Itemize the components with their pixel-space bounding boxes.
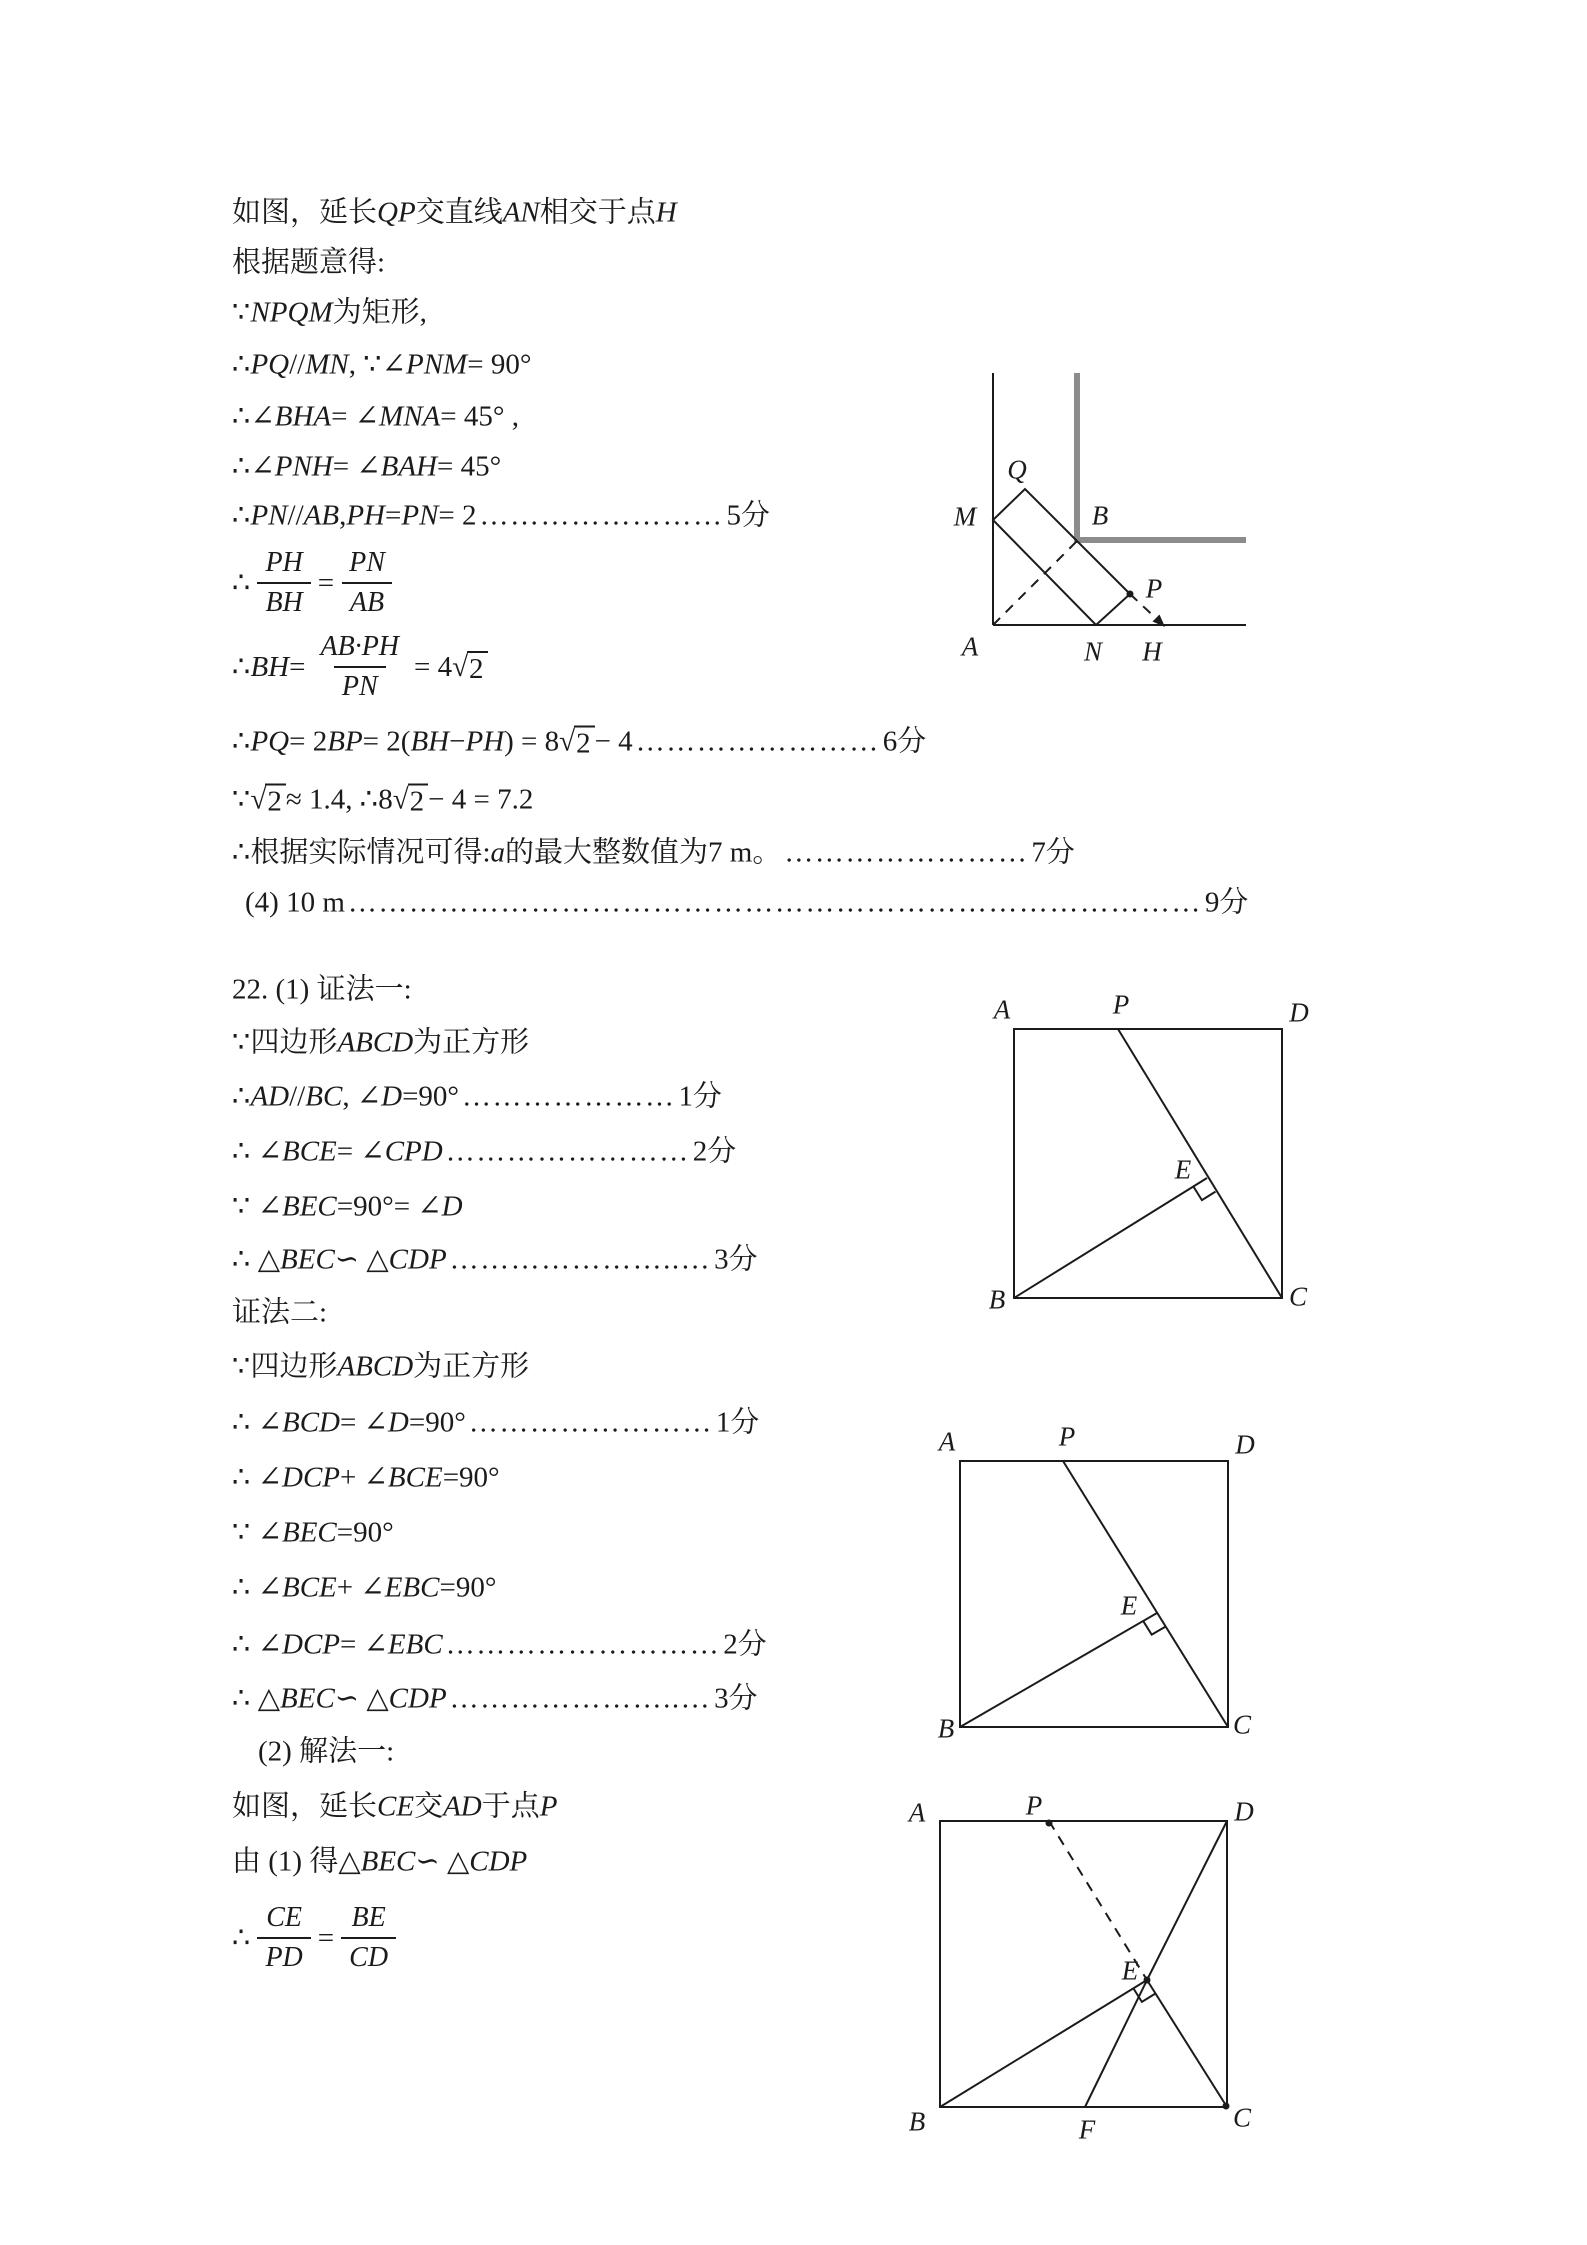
dot-leader: ………………………………………………………………………… [348, 889, 1202, 918]
square-ABCD [960, 1461, 1228, 1727]
dot-leader: ……………………… [446, 1631, 721, 1660]
math-line: ∴根据实际情况可得: a 的最大整数值为7 m。……………………7分 [232, 839, 1075, 868]
text-segment: =90° [409, 1409, 466, 1438]
math-line: (2) 解法一: [258, 1738, 394, 1767]
vertex-label-C: C [1289, 1284, 1307, 1311]
text-segment: = ∠ [337, 1138, 385, 1167]
text-segment: DCP [282, 1464, 340, 1493]
math-line: 由 (1) 得△BEC∽ △CDP [232, 1848, 527, 1877]
text-segment: 7分 [1031, 839, 1075, 868]
text-segment: ∽ △ [415, 1848, 469, 1877]
text-segment: ∴ ∠ [232, 1138, 282, 1167]
diagram-square-proof2: APDBCE [925, 1420, 1265, 1750]
math-line: ∵NPQM 为矩形, [232, 299, 427, 328]
text-segment: =90° [439, 1574, 496, 1603]
text-segment: ∵四边形 [232, 1353, 337, 1382]
text-segment: // [289, 1083, 305, 1112]
text-segment: − 4 [595, 728, 633, 757]
text-segment: ∵ ∠ [232, 1519, 282, 1548]
vertex-label-B: B [1092, 503, 1109, 530]
math-line: 根据题意得: [232, 249, 385, 278]
math-line: ∴∠PNH = ∠BAH = 45° [232, 453, 501, 482]
text-segment: ∴ [232, 1924, 250, 1953]
text-segment: ∵ [232, 299, 250, 328]
text-segment: = 2 [289, 728, 327, 757]
text-segment: CDP [389, 1246, 447, 1275]
math-line: ∴ ∠DCP= ∠EBC………………………2分 [232, 1631, 767, 1660]
text-segment: (4) 10 m [245, 889, 345, 918]
text-segment: BCE [282, 1574, 337, 1603]
text-segment: (2) 解法一: [258, 1738, 394, 1767]
text-segment: PN [401, 502, 438, 531]
vertex-label-D: D [1234, 1799, 1254, 1826]
text-segment: BH [410, 728, 449, 757]
text-segment: =90° [402, 1083, 459, 1112]
text-segment: 6分 [883, 728, 927, 757]
text-segment: PQ [250, 351, 289, 380]
text-segment: ABCD [337, 1029, 413, 1058]
diagram-3-canvas [925, 1420, 1265, 1750]
text-segment: BC [305, 1083, 342, 1112]
text-segment: = 45° [437, 453, 501, 482]
fraction: PNAB [341, 549, 393, 617]
fraction: BECD [341, 1904, 396, 1972]
text-segment: + ∠ [337, 1574, 385, 1603]
text-segment: AN [503, 199, 540, 228]
point-C [1223, 2103, 1230, 2110]
right-angle-mark-E [1143, 1621, 1165, 1635]
text-segment: ∴ [232, 728, 250, 757]
text-segment: ∽ △ [335, 1685, 389, 1714]
square-ABCD [940, 1821, 1227, 2107]
text-segment: D [381, 1083, 402, 1112]
document-page: 如图，延长QP 交直线 AN 相交于点H根据题意得:∵NPQM 为矩形,∴PQ/… [0, 0, 1587, 2245]
dot-leader: …………………… [636, 728, 880, 757]
vertex-label-M: M [954, 504, 977, 531]
text-segment: BHA [275, 403, 331, 432]
math-line: ∴ ∠DCP+ ∠BCE=90° [232, 1464, 500, 1493]
math-line: ∴PHBH = PNAB [232, 549, 400, 617]
vertex-label-A: A [994, 997, 1011, 1024]
line-BE [1014, 1178, 1207, 1298]
text-segment: 如图，延长 [232, 199, 377, 228]
vertex-label-E: E [1121, 1593, 1138, 1620]
text-segment: PQ [250, 728, 289, 757]
text-segment: = 45° , [440, 403, 519, 432]
text-segment: ∴ △ [232, 1685, 280, 1714]
text-segment: PN [250, 502, 287, 531]
text-segment: 由 (1) 得△ [232, 1848, 361, 1877]
text-segment: EBC [388, 1631, 443, 1660]
math-line: ∴PN// AB, PH = PN = 2 ……………………5分 [232, 502, 770, 531]
dot-leader: ………………… [462, 1083, 676, 1112]
dot-leader: …………………… [469, 1409, 713, 1438]
text-segment: 交 [414, 1793, 443, 1822]
text-segment: 2分 [723, 1631, 767, 1660]
text-segment: =90°= ∠ [337, 1193, 442, 1222]
text-segment: = ∠ [340, 1631, 388, 1660]
text-segment: = [318, 569, 334, 598]
vertex-label-P: P [1059, 1424, 1076, 1451]
vertex-label-Q: Q [1007, 457, 1027, 484]
text-segment: ∴根据实际情况可得: [232, 839, 491, 868]
line-PC [1063, 1461, 1228, 1727]
text-segment: 为正方形 [413, 1029, 529, 1058]
text-segment: 为正方形 [413, 1353, 529, 1382]
vertex-label-B: B [989, 1287, 1006, 1314]
text-segment: − [449, 728, 465, 757]
vertex-label-H: H [1142, 639, 1162, 666]
text-segment: QP [377, 199, 416, 228]
math-line: ∵ ∠BEC=90° [232, 1519, 394, 1548]
dot-leader: …………………… [784, 839, 1028, 868]
text-segment: − 4 = 7.2 [428, 786, 533, 815]
text-segment: CPD [385, 1138, 443, 1167]
text-segment: ∵ ∠ [232, 1193, 282, 1222]
sqrt-radicand: 2 [574, 726, 595, 759]
point-E [1144, 1977, 1151, 1984]
text-segment: ≈ 1.4, ∴8√ [286, 786, 409, 815]
math-line: ∵四边形ABCD为正方形 [232, 1029, 529, 1058]
text-segment: CDP [469, 1848, 527, 1877]
text-segment: ∴∠ [232, 403, 275, 432]
vertex-label-A: A [909, 1800, 926, 1827]
text-segment: P [540, 1793, 558, 1822]
text-segment: =90° [443, 1464, 500, 1493]
text-segment: BEC [361, 1848, 416, 1877]
text-segment: = [289, 653, 305, 682]
math-line: ∵四边形ABCD为正方形 [232, 1353, 529, 1382]
vertex-label-P: P [1146, 576, 1163, 603]
text-segment: = 2( [363, 728, 411, 757]
text-segment: // [289, 351, 305, 380]
text-segment: PH [346, 502, 385, 531]
point-P [1046, 1820, 1053, 1827]
math-line: ∴ ∠BCE= ∠CPD……………………2分 [232, 1138, 736, 1167]
text-segment: = ∠ [331, 403, 379, 432]
text-segment: DCP [282, 1631, 340, 1660]
text-segment: D [388, 1409, 409, 1438]
text-segment: MN [305, 351, 349, 380]
math-line: ∴ △BEC∽ △CDP…………………..…3分 [232, 1246, 758, 1275]
text-segment: = [318, 1924, 334, 1953]
line-PC [1118, 1029, 1282, 1298]
text-segment: ∴ [232, 1083, 250, 1112]
text-segment: 1分 [679, 1083, 723, 1112]
math-line: ∵√2 ≈ 1.4, ∴8√2 − 4 = 7.2 [232, 784, 533, 817]
text-segment: BEC [280, 1685, 335, 1714]
text-segment: D [442, 1193, 463, 1222]
text-segment: BCE [388, 1464, 443, 1493]
text-segment: BEC [282, 1519, 337, 1548]
vertex-label-D: D [1235, 1432, 1255, 1459]
text-segment: 于点 [482, 1793, 540, 1822]
text-segment: ) = 8√ [504, 728, 575, 757]
vertex-label-B: B [909, 2109, 926, 2136]
text-segment: ∴ ∠ [232, 1464, 282, 1493]
diagram-square-solution2: APDBFCE [900, 1780, 1260, 2160]
text-segment: 5分 [727, 502, 771, 531]
text-segment: ∴∠ [232, 453, 275, 482]
vertex-label-E: E [1122, 1958, 1139, 1985]
text-segment: 3分 [714, 1685, 758, 1714]
text-segment: 根据题意得: [232, 249, 385, 278]
text-segment: 1分 [716, 1409, 760, 1438]
text-segment: = 4√ [414, 653, 468, 682]
text-segment: ∴ [232, 569, 250, 598]
text-segment: NPQM [250, 299, 332, 328]
diagram-rectangle-rotation: MQBPANH [930, 360, 1270, 670]
point-P [1127, 591, 1134, 598]
text-segment: ∴ △ [232, 1246, 280, 1275]
text-segment: 9分 [1205, 889, 1249, 918]
text-segment: 交直线 [416, 199, 503, 228]
square-ABCD [1014, 1029, 1282, 1298]
sqrt-radicand: 2 [265, 784, 286, 817]
text-segment: 相交于点 [540, 199, 656, 228]
text-segment: a [491, 839, 506, 868]
text-segment: ∴ [232, 502, 250, 531]
math-line: ∴PQ = 2BP = 2(BH − PH) = 8√2 − 4……………………… [232, 726, 926, 759]
math-line: 证法二: [232, 1299, 327, 1328]
text-segment: H [656, 199, 677, 228]
text-segment: ∽ △ [335, 1246, 389, 1275]
text-segment: , ∵∠ [349, 351, 406, 380]
diagram-square-proof1: APDBCE [980, 990, 1320, 1320]
text-segment: BP [327, 728, 362, 757]
text-segment: PH [465, 728, 504, 757]
fraction: AB·PHPN [312, 633, 407, 701]
text-segment: 的最大整数值为7 m。 [505, 839, 781, 868]
text-segment: ∴ ∠ [232, 1409, 282, 1438]
math-line: (4) 10 m …………………………………………………………………………9分 [245, 889, 1248, 918]
vertex-label-C: C [1233, 1712, 1251, 1739]
math-line: ∴CEPD = BECD [232, 1904, 403, 1972]
line-ED [1147, 1821, 1227, 1980]
vertex-label-A: A [939, 1429, 956, 1456]
text-segment: = 90° [467, 351, 531, 380]
math-line: ∴ ∠BCE+ ∠EBC=90° [232, 1574, 496, 1603]
dot-leader: …………………… [480, 502, 724, 531]
math-line: 如图，延长CE交AD于点P [232, 1793, 558, 1822]
sqrt-radicand: 2 [408, 784, 429, 817]
vertex-label-D: D [1289, 1000, 1309, 1027]
math-line: ∵ ∠BEC=90°= ∠D [232, 1193, 463, 1222]
dash-AB [993, 541, 1077, 625]
vertex-label-P: P [1113, 992, 1130, 1019]
math-line: 22. (1) 证法一: [232, 976, 412, 1005]
text-segment: EBC [385, 1574, 440, 1603]
text-segment: PNM [406, 351, 467, 380]
text-segment: ∴ [232, 653, 250, 682]
dot-leader: …………………… [446, 1138, 690, 1167]
math-line: 如图，延长QP 交直线 AN 相交于点H [232, 199, 677, 228]
text-segment: = ∠ [333, 453, 381, 482]
sqrt-radicand: 2 [467, 651, 488, 684]
dot-leader: …………………..… [450, 1685, 712, 1714]
text-segment: AD [250, 1083, 289, 1112]
text-segment: BAH [381, 453, 437, 482]
vertex-label-B: B [938, 1716, 955, 1743]
vertex-label-C: C [1233, 2105, 1251, 2132]
diagram-2-canvas [980, 990, 1320, 1320]
text-segment: ∴ ∠ [232, 1574, 282, 1603]
vertex-label-P: P [1026, 1793, 1043, 1820]
text-segment: , ∠ [342, 1083, 381, 1112]
math-line: ∴AD//BC, ∠D=90° …………………1分 [232, 1083, 722, 1112]
text-segment: AB [304, 502, 339, 531]
text-segment: ∵√ [232, 786, 266, 815]
fraction: PHBH [257, 549, 310, 617]
text-segment: = [385, 502, 401, 531]
text-segment: BCE [282, 1138, 337, 1167]
vertex-label-F: F [1079, 2117, 1096, 2144]
diagram-4-canvas [900, 1780, 1260, 2160]
text-segment: = 2 [438, 502, 476, 531]
text-segment: MNA [379, 403, 440, 432]
text-segment: ∵四边形 [232, 1029, 337, 1058]
text-segment: BCD [282, 1409, 340, 1438]
text-segment: 如图，延长 [232, 1793, 377, 1822]
text-segment: BEC [280, 1246, 335, 1275]
line-BE [960, 1613, 1157, 1727]
text-segment: 证法二: [232, 1299, 327, 1328]
math-line: ∴PQ// MN , ∵∠PNM = 90° [232, 351, 531, 380]
vertex-label-E: E [1175, 1157, 1192, 1184]
right-angle-mark-E [1193, 1187, 1215, 1201]
vertex-label-N: N [1084, 639, 1102, 666]
text-segment: =90° [337, 1519, 394, 1548]
math-line: ∴ ∠BCD= ∠D=90°……………………1分 [232, 1409, 759, 1438]
text-segment: = ∠ [340, 1409, 388, 1438]
text-segment: CE [377, 1793, 414, 1822]
text-segment: 为矩形, [333, 299, 427, 328]
text-segment: ∴ ∠ [232, 1631, 282, 1660]
text-segment: BH [250, 653, 289, 682]
text-segment: 22. (1) 证法一: [232, 976, 412, 1005]
text-segment: 3分 [714, 1246, 758, 1275]
math-line: ∴BH = AB·PHPN = 4√2 [232, 633, 488, 701]
math-line: ∴ △BEC∽ △CDP…………………..…3分 [232, 1685, 758, 1714]
text-segment: PNH [275, 453, 333, 482]
text-segment: ∴ [232, 351, 250, 380]
text-segment: CDP [389, 1685, 447, 1714]
text-segment: AD [443, 1793, 482, 1822]
dot-leader: …………………..… [450, 1246, 712, 1275]
text-segment: BEC [282, 1193, 337, 1222]
text-segment: ABCD [337, 1353, 413, 1382]
fraction: CEPD [257, 1904, 310, 1972]
text-segment: + ∠ [340, 1464, 388, 1493]
math-line: ∴∠BHA = ∠MNA = 45° , [232, 403, 519, 432]
text-segment: // [288, 502, 304, 531]
vertex-label-A: A [962, 634, 979, 661]
text-segment: 2分 [693, 1138, 737, 1167]
line-EC [1147, 1980, 1227, 2107]
